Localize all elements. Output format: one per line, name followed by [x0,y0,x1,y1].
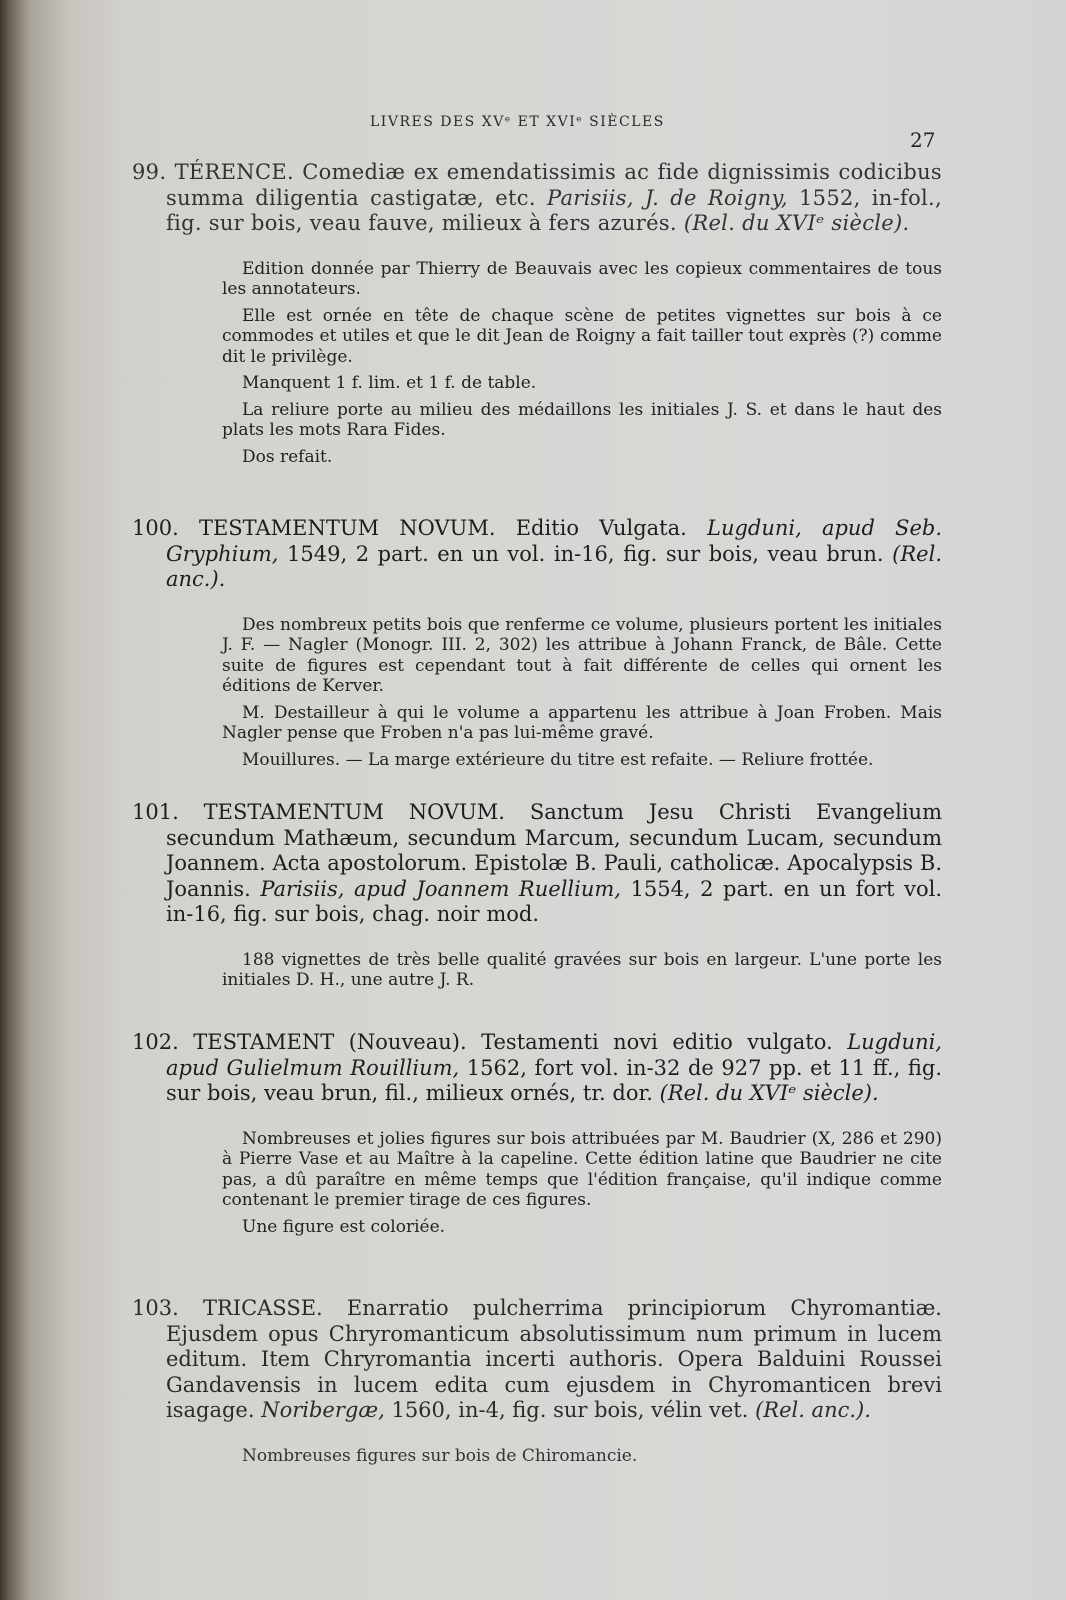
entry-binding: (Rel. anc.). [755,1398,871,1422]
running-head: LIVRES DES XVᵉ ET XVIᵉ SIÈCLES [370,114,665,130]
entry-note: M. Destailleur à qui le volume a apparte… [222,703,942,744]
entry-number: 102. [132,1030,179,1054]
entry-note: Nombreuses figures sur bois de Chiromanc… [222,1446,942,1467]
entry-number: 101. [132,800,179,824]
catalog-entry-102: 102. TESTAMENT (Nouveau). Testamenti nov… [130,1030,942,1237]
entry-number: 103. [132,1296,179,1320]
entry-details: 1549, 2 part. en un vol. in-16, fig. sur… [287,542,884,566]
entry-note: Dos refait. [222,447,942,468]
entry-author: TRICASSE. [203,1296,323,1320]
entry-author: TESTAMENTUM NOVUM. [199,516,496,540]
entry-heading: 102. TESTAMENT (Nouveau). Testamenti nov… [130,1030,942,1107]
catalog-entry-100: 100. TESTAMENTUM NOVUM. Editio Vulgata. … [130,516,942,770]
entry-heading: 101. TESTAMENTUM NOVUM. Sanctum Jesu Chr… [130,800,942,928]
entry-author: TÉRENCE. [175,160,294,184]
catalog-entry-103: 103. TRICASSE. Enarratio pulcherrima pri… [130,1296,942,1466]
entry-imprint: Parisiis, apud Joannem Ruellium, [260,877,621,901]
entry-note: Elle est ornée en tête de chaque scène d… [222,306,942,368]
entry-note: La reliure porte au milieu des médaillon… [222,400,942,441]
entry-title: Editio Vulgata. [516,516,687,540]
entry-binding: (Rel. du XVIᵉ siècle). [684,211,910,235]
entry-binding: (Rel. du XVIᵉ siècle). [660,1081,879,1105]
page-number: 27 [910,128,935,152]
book-page: LIVRES DES XVᵉ ET XVIᵉ SIÈCLES 27 99. TÉ… [0,0,1066,1600]
entry-note: Edition donnée par Thierry de Beauvais a… [222,259,942,300]
entry-note: Des nombreux petits bois que renferme ce… [222,615,942,697]
entry-note: Mouillures. — La marge extérieure du tit… [222,750,942,771]
entry-note: Manquent 1 f. lim. et 1 f. de table. [222,373,942,394]
entry-note: Nombreuses et jolies figures sur bois at… [222,1129,942,1211]
entry-author: TESTAMENTUM NOVUM. [204,800,505,824]
entry-details: 1560, in-4, fig. sur bois, vélin vet. [391,1398,748,1422]
entry-imprint: Parisiis, J. de Roigny, [547,186,788,210]
entry-heading: 100. TESTAMENTUM NOVUM. Editio Vulgata. … [130,516,942,593]
entry-note: Une figure est coloriée. [222,1217,942,1238]
entry-note: 188 vignettes de très belle qualité grav… [222,950,942,991]
entry-heading: 99. TÉRENCE. Comediæ ex emendatissimis a… [130,160,942,237]
entry-number: 100. [132,516,179,540]
entry-heading: 103. TRICASSE. Enarratio pulcherrima pri… [130,1296,942,1424]
entry-title: (Nouveau). Testamenti novi editio vulgat… [349,1030,833,1054]
entry-number: 99. [132,160,166,184]
entry-imprint: Noribergæ, [261,1398,385,1422]
catalog-entry-99: 99. TÉRENCE. Comediæ ex emendatissimis a… [130,160,942,467]
entry-author: TESTAMENT [193,1030,334,1054]
catalog-entry-101: 101. TESTAMENTUM NOVUM. Sanctum Jesu Chr… [130,800,942,991]
